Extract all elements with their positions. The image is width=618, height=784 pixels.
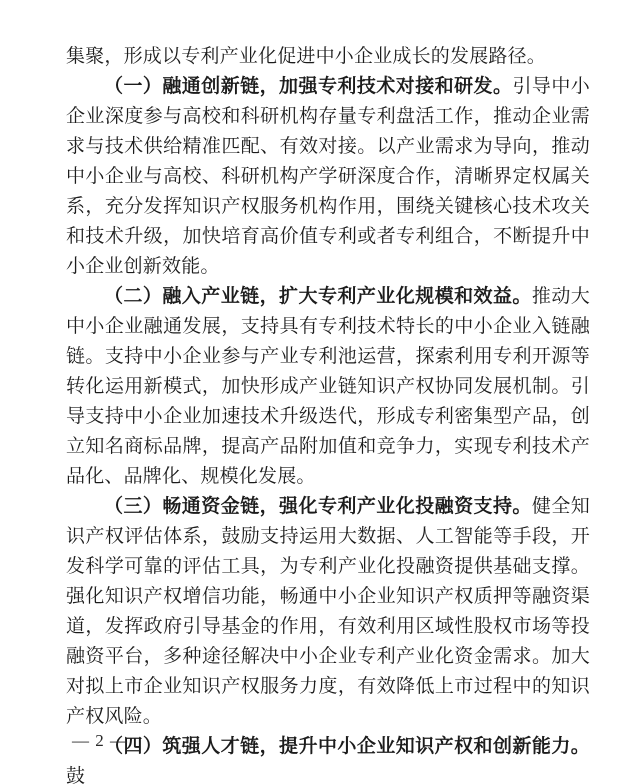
section-4-text: 鼓 <box>66 766 85 784</box>
paragraph-section-1: （一）融通创新链，加强专利技术对接和研发。引导中小企业深度参与高校和科研机构存量… <box>66 72 590 282</box>
section-3-text: 健全知识产权评估体系，鼓励支持运用大数据、人工智能等手段，开发科学可靠的评估工具… <box>66 496 590 727</box>
paragraph-section-2: （二）融入产业链，扩大专利产业化规模和效益。推动大中小企业融通发展，支持具有专利… <box>66 282 590 492</box>
section-1-heading: （一）融通创新链，加强专利技术对接和研发。 <box>104 76 512 97</box>
page-number: — 2 — <box>72 731 128 751</box>
paragraph-section-3: （三）畅通资金链，强化专利产业化投融资支持。健全知识产权评估体系，鼓励支持运用大… <box>66 492 590 732</box>
section-3-heading: （三）畅通资金链，强化专利产业化投融资支持。 <box>104 496 532 517</box>
section-4-heading: （四）筑强人才链，提升中小企业知识产权和创新能力。 <box>104 736 590 757</box>
section-2-heading: （二）融入产业链，扩大专利产业化规模和效益。 <box>104 286 532 307</box>
paragraph-continuation: 集聚，形成以专利产业化促进中小企业成长的发展路径。 <box>66 42 590 72</box>
paragraph-continuation-text: 集聚，形成以专利产业化促进中小企业成长的发展路径。 <box>66 46 546 67</box>
paragraph-section-4: （四）筑强人才链，提升中小企业知识产权和创新能力。鼓 <box>66 732 590 784</box>
section-2-text: 推动大中小企业融通发展，支持具有专利技术特长的中小企业入链融链。支持中小企业参与… <box>66 286 590 487</box>
section-1-text: 引导中小企业深度参与高校和科研机构存量专利盘活工作，推动企业需求与技术供给精准匹… <box>66 76 590 277</box>
document-body: 集聚，形成以专利产业化促进中小企业成长的发展路径。 （一）融通创新链，加强专利技… <box>66 42 590 784</box>
document-page: 集聚，形成以专利产业化促进中小企业成长的发展路径。 （一）融通创新链，加强专利技… <box>0 0 618 784</box>
